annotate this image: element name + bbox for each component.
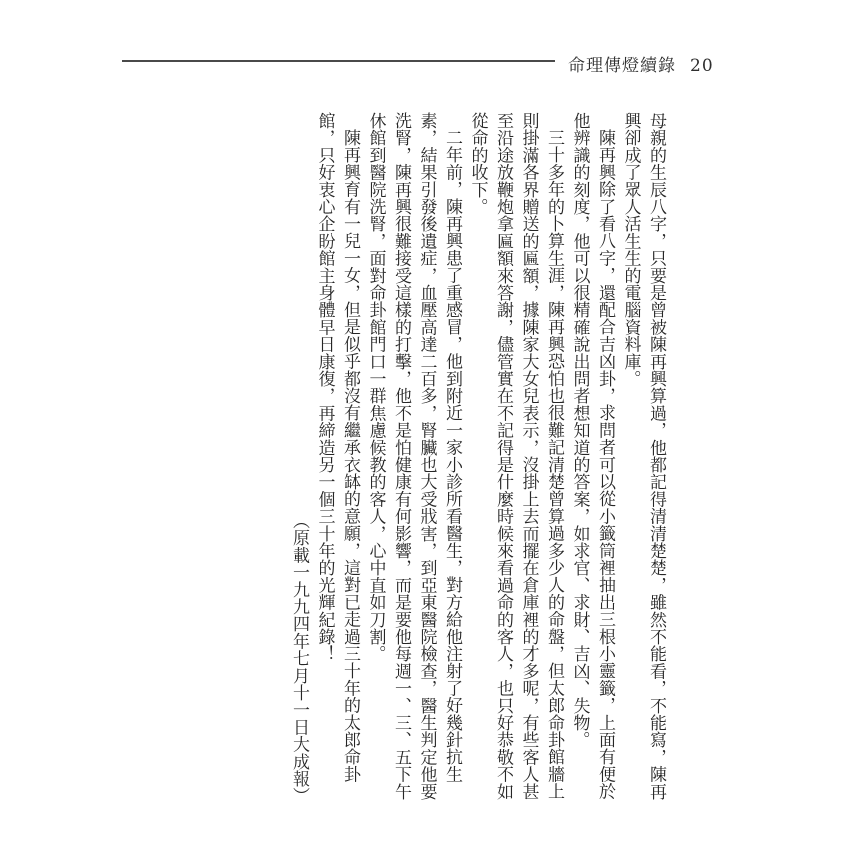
book-page: 命理傳燈續錄 20 母親的生辰八字，只要是曾被陳再興算過，他都記得清清楚楚，雖然… — [0, 0, 850, 850]
page-number: 20 — [690, 56, 714, 76]
source-note: （原載一九九四年七月十一日大成報） — [286, 112, 312, 804]
paragraph: 三十多年的卜算生涯，陳再興恐怕也很難記清楚曾算過多少人的命盤，但太郎命卦館牆上則… — [464, 112, 566, 804]
paragraph: 母親的生辰八字，只要是曾被陳再興算過，他都記得清清楚楚，雖然不能看，不能寫，陳再… — [617, 112, 668, 804]
book-title: 命理傳燈續錄 — [568, 51, 676, 76]
paragraph: 陳再興除了看八字，還配合吉凶卦，求問者可以從小籤筒裡抽出三根小靈籤，上面有便於他… — [566, 112, 617, 804]
running-head: 命理傳燈續錄 20 — [568, 51, 714, 76]
header-rule — [122, 60, 555, 62]
article-body: 母親的生辰八字，只要是曾被陳再興算過，他都記得清清楚楚，雖然不能看，不能寫，陳再… — [284, 112, 668, 804]
paragraph: 陳再興育有一兒一女，但是似乎都沒有繼承衣缽的意願，這對已走過三十年的太郎命卦館，… — [311, 112, 362, 804]
paragraph: 二年前，陳再興患了重感冒，他到附近一家小診所看醫生，對方給他注射了好幾針抗生素，… — [362, 112, 464, 804]
